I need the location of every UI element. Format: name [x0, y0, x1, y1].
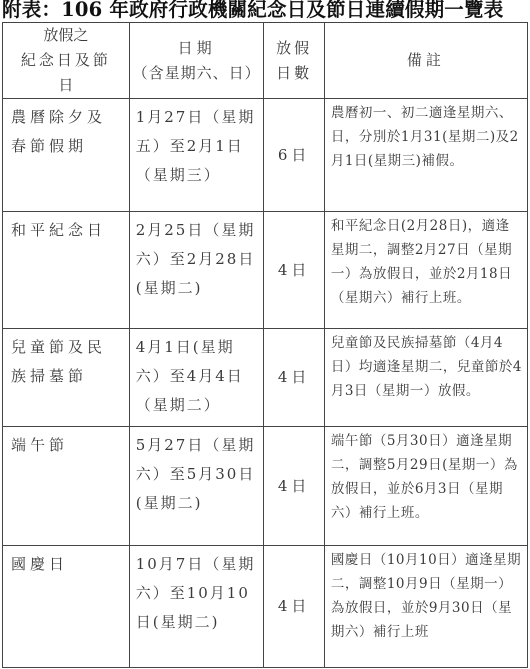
table-row: 國慶日 10月7日（星期六）至10月10日(星期二) 4日 國慶日（10月10日…	[3, 546, 528, 668]
holiday-note: 端午節（5月30日）適逢星期二，調整5月29日(星期一）為放假日，並於6月3日（…	[324, 427, 527, 546]
holiday-date: 2月25日（星期六）至2月28日(星期二)	[129, 212, 264, 329]
holiday-note: 農曆初一、初二適逢星期六、日，分別於1月31(星期二)及2月1日(星期三)補假。	[324, 99, 527, 212]
holiday-name: 國慶日	[3, 546, 130, 668]
holiday-days: 4日	[264, 329, 324, 427]
header-date: 日期 （含星期六、日）	[129, 23, 264, 99]
holiday-name: 端午節	[3, 427, 130, 546]
holiday-name: 農曆除夕及春節假期	[3, 99, 130, 212]
holiday-table: 放假之 紀念日及節 日 日期 （含星期六、日） 放假 日數 備註 農曆除夕及春節…	[2, 22, 528, 668]
holiday-note: 和平紀念日(2月28日)，適逢星期二，調整2月27日（星期一）為放假日，並於2月…	[324, 212, 527, 329]
holiday-days: 4日	[264, 427, 324, 546]
holiday-days: 4日	[264, 546, 324, 668]
document-title: 附表：106 年政府行政機關紀念日及節日連續假期一覽表	[2, 0, 530, 22]
header-row: 放假之 紀念日及節 日 日期 （含星期六、日） 放假 日數 備註	[3, 23, 528, 99]
holiday-days: 6日	[264, 99, 324, 212]
header-holiday-name: 放假之 紀念日及節 日	[3, 23, 130, 99]
table-row: 和平紀念日 2月25日（星期六）至2月28日(星期二) 4日 和平紀念日(2月2…	[3, 212, 528, 329]
holiday-name: 和平紀念日	[3, 212, 130, 329]
table-row: 端午節 5月27日（星期六）至5月30日(星期二) 4日 端午節（5月30日）適…	[3, 427, 528, 546]
holiday-date: 10月7日（星期六）至10月10日(星期二)	[129, 546, 264, 668]
holiday-note: 國慶日（10月10日）適逢星期二，調整10月9日（星期一）為放假日，並於9月30…	[324, 546, 527, 668]
header-days: 放假 日數	[264, 23, 324, 99]
holiday-date: 4月1日(星期六）至4月4日（星期二）	[129, 329, 264, 427]
holiday-date: 1月27日（星期五）至2月1日（星期三）	[129, 99, 264, 212]
holiday-date: 5月27日（星期六）至5月30日(星期二)	[129, 427, 264, 546]
holiday-name: 兒童節及民族掃墓節	[3, 329, 130, 427]
table-row: 兒童節及民族掃墓節 4月1日(星期六）至4月4日（星期二） 4日 兒童節及民族掃…	[3, 329, 528, 427]
table-row: 農曆除夕及春節假期 1月27日（星期五）至2月1日（星期三） 6日 農曆初一、初…	[3, 99, 528, 212]
header-note: 備註	[324, 23, 527, 99]
holiday-days: 4日	[264, 212, 324, 329]
holiday-note: 兒童節及民族掃墓節（4月4日）均適逢星期二，兒童節於4月3日（星期一）放假。	[324, 329, 527, 427]
